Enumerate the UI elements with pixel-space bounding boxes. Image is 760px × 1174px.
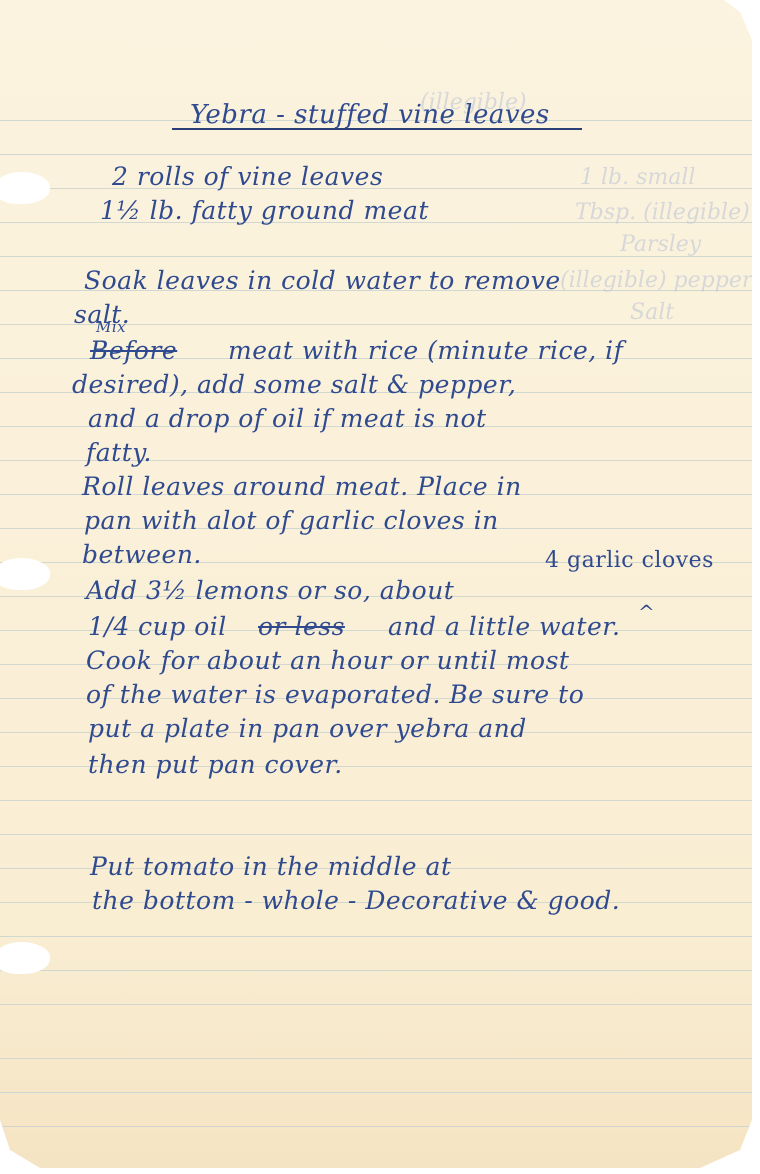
instruction-line: between.	[82, 540, 202, 569]
instruction-line: meat with rice (minute rice, if	[228, 336, 623, 365]
ruled-line	[0, 1092, 752, 1093]
note-line: Put tomato in the middle at	[90, 852, 452, 881]
ruled-line	[0, 834, 752, 835]
instruction-line: of the water is evaporated. Be sure to	[86, 680, 584, 709]
instruction-line: Roll leaves around meat. Place in	[82, 472, 522, 501]
ruled-line	[0, 1004, 752, 1005]
instruction-line: pan with alot of garlic cloves in	[84, 506, 499, 535]
ruled-line	[0, 1126, 752, 1127]
insertion-caret: ^	[638, 600, 655, 624]
binder-hole	[0, 172, 50, 204]
bleed-through-text: Salt	[630, 300, 674, 325]
instruction-line: desired), add some salt & pepper,	[72, 370, 516, 399]
ruled-line	[0, 800, 752, 801]
ingredient-line: 1½ lb. fatty ground meat	[100, 196, 429, 225]
note-line: the bottom - whole - Decorative & good.	[92, 886, 620, 915]
instruction-line: and a little water.	[388, 612, 620, 641]
ingredient-line: 2 rolls of vine leaves	[112, 162, 383, 191]
bleed-through-text: (illegible) pepper	[560, 268, 752, 293]
ruled-line	[0, 970, 752, 971]
instruction-line: and a drop of oil if meat is not	[88, 404, 487, 433]
ruled-line	[0, 936, 752, 937]
instruction-line: then put pan cover.	[88, 750, 343, 779]
instruction-line: put a plate in pan over yebra and	[88, 714, 527, 743]
binder-hole	[0, 558, 50, 590]
ruled-line	[0, 1058, 752, 1059]
instruction-line: 1/4 cup oil	[88, 612, 227, 641]
inserted-note: 4 garlic cloves	[545, 548, 714, 573]
notebook-page: (illegible) 1 lb. small Tbsp. (illegible…	[0, 0, 752, 1168]
binder-hole	[0, 942, 50, 974]
instruction-line: Add 3½ lemons or so, about	[86, 576, 454, 605]
inserted-word: Mix	[96, 318, 126, 336]
struck-word: Before	[90, 336, 177, 365]
struck-word: or less	[258, 612, 345, 641]
ruled-line	[0, 154, 752, 155]
bleed-through-text: Parsley	[620, 232, 701, 257]
recipe-title: Yebra - stuffed vine leaves	[190, 100, 550, 130]
bleed-through-text: 1 lb. small	[580, 165, 695, 190]
title-underline	[172, 128, 582, 130]
instruction-line: Soak leaves in cold water to remove	[84, 266, 561, 295]
instruction-line: Cook for about an hour or until most	[86, 646, 569, 675]
bleed-through-text: Tbsp. (illegible)	[575, 200, 750, 225]
instruction-line: fatty.	[86, 438, 152, 467]
